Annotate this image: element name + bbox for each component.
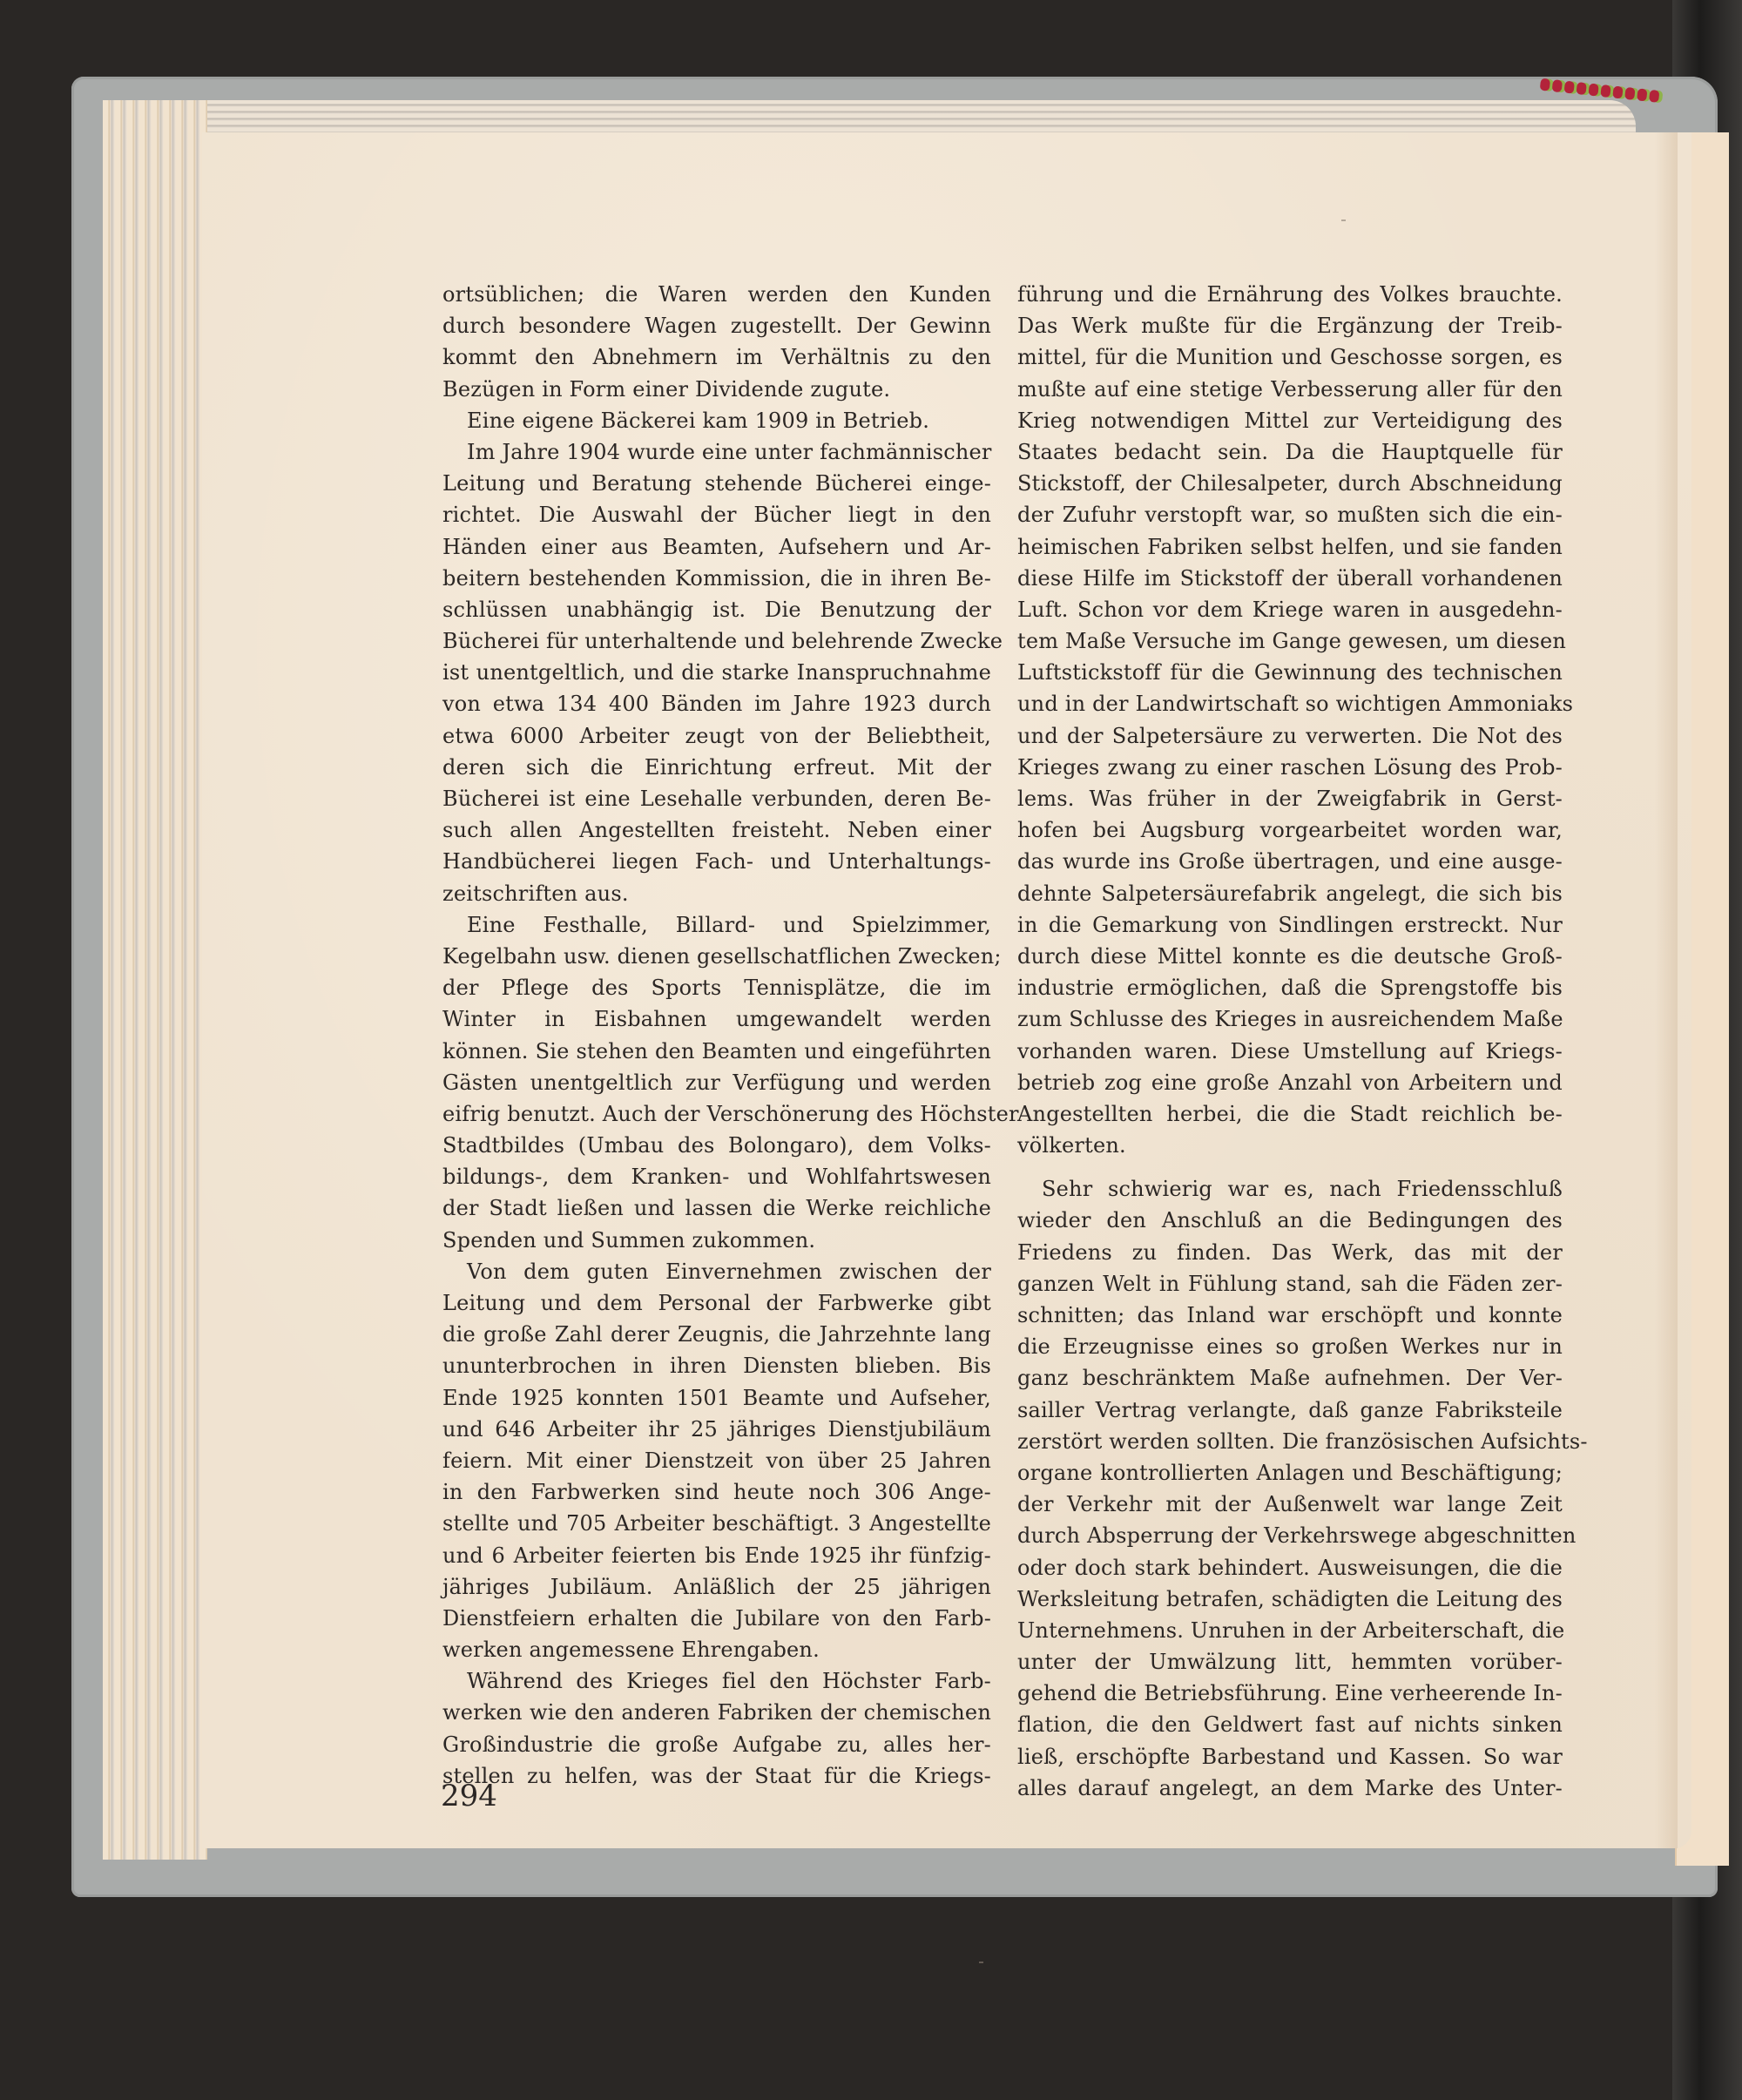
- text-line: organe kontrollierten Anlagen und Beschä…: [1017, 1457, 1563, 1489]
- paper-speck: [1341, 219, 1346, 221]
- text-line: Im Jahre 1904 wurde eine unter fachmänni…: [442, 436, 991, 468]
- text-line: zeitschriften aus.: [442, 878, 991, 909]
- text-line: Von dem guten Einvernehmen zwischen der: [442, 1256, 991, 1287]
- text-line: der Pflege des Sports Tennisplätze, die …: [442, 972, 991, 1003]
- text-line: die Erzeugnisse eines so großen Werkes n…: [1017, 1331, 1563, 1362]
- text-line: hofen bei Augsburg vorgearbeitet worden …: [1017, 814, 1563, 846]
- text-line: stellte und 705 Arbeiter beschäftigt. 3 …: [442, 1508, 991, 1539]
- text-line: deren sich die Einrichtung erfreut. Mit …: [442, 752, 991, 783]
- text-line: Angestellten herbei, die die Stadt reich…: [1017, 1098, 1563, 1130]
- text-line: Handbücherei liegen Fach- und Unterhaltu…: [442, 846, 991, 877]
- text-line: Friedens zu finden. Das Werk, das mit de…: [1017, 1237, 1563, 1268]
- text-line: Bücherei für unterhaltende und belehrend…: [442, 625, 991, 657]
- text-line: ortsüblichen; die Waren werden den Kunde…: [442, 279, 991, 310]
- text-line: und der Salpetersäure zu verwerten. Die …: [1017, 720, 1563, 752]
- text-line: flation, die den Geldwert fast auf nicht…: [1017, 1709, 1563, 1740]
- text-line: Kegelbahn usw. dienen gesellschatflichen…: [442, 941, 991, 972]
- text-line: Großindustrie die große Aufgabe zu, alle…: [442, 1729, 991, 1760]
- text-line: gehend die Betriebsführung. Eine verheer…: [1017, 1678, 1563, 1709]
- text-line: wieder den Anschluß an die Bedingungen d…: [1017, 1205, 1563, 1236]
- text-line: oder doch stark behindert. Ausweisungen,…: [1017, 1552, 1563, 1583]
- text-line: etwa 6000 Arbeiter zeugt von der Beliebt…: [442, 720, 991, 752]
- text-line: und in der Landwirtschaft so wichtigen A…: [1017, 688, 1563, 719]
- paragraph-gap: [1017, 1161, 1563, 1173]
- page-stack-top-edges: [103, 100, 1636, 135]
- text-line: Eine eigene Bäckerei kam 1909 in Betrieb…: [442, 405, 991, 436]
- text-line: völkerten.: [1017, 1130, 1563, 1161]
- text-line: richtet. Die Auswahl der Bücher liegt in…: [442, 499, 991, 530]
- text-line: durch Absperrung der Verkehrswege abgesc…: [1017, 1520, 1563, 1551]
- text-line: führung und die Ernährung des Volkes bra…: [1017, 279, 1563, 310]
- text-line: werken wie den anderen Fabriken der chem…: [442, 1697, 991, 1728]
- text-line: zerstört werden sollten. Die französisch…: [1017, 1426, 1563, 1457]
- text-line: Dienstfeiern erhalten die Jubilare von d…: [442, 1603, 991, 1634]
- text-line: Während des Krieges fiel den Höchster Fa…: [442, 1665, 991, 1697]
- text-line: und 6 Arbeiter feierten bis Ende 1925 ih…: [442, 1540, 991, 1571]
- text-column-right: führung und die Ernährung des Volkes bra…: [1017, 279, 1563, 1804]
- text-line: Krieg notwendigen Mittel zur Verteidigun…: [1017, 405, 1563, 436]
- text-line: mußte auf eine stetige Verbesserung alle…: [1017, 374, 1563, 405]
- text-line: Leitung und dem Personal der Farbwerke g…: [442, 1287, 991, 1319]
- text-line: tem Maße Versuche im Gange gewesen, um d…: [1017, 625, 1563, 657]
- text-line: jähriges Jubiläum. Anläßlich der 25 jähr…: [442, 1571, 991, 1603]
- text-line: alles darauf angelegt, an dem Marke des …: [1017, 1773, 1563, 1804]
- text-line: feiern. Mit einer Dienstzeit von über 25…: [442, 1445, 991, 1476]
- text-line: ganzen Welt in Fühlung stand, sah die Fä…: [1017, 1268, 1563, 1300]
- text-line: sailler Vertrag verlangte, daß ganze Fab…: [1017, 1394, 1563, 1426]
- text-line: in den Farbwerken sind heute noch 306 An…: [442, 1476, 991, 1508]
- text-line: der Zufuhr verstopft war, so mußten sich…: [1017, 499, 1563, 530]
- page-stack-side-edges: [103, 100, 207, 1860]
- text-line: der Verkehr mit der Außenwelt war lange …: [1017, 1489, 1563, 1520]
- text-line: diese Hilfe im Stickstoff der überall vo…: [1017, 563, 1563, 594]
- text-line: betrieb zog eine große Anzahl von Arbeit…: [1017, 1067, 1563, 1098]
- text-line: kommt den Abnehmern im Verhältnis zu den: [442, 341, 991, 373]
- text-line: eifrig benutzt. Auch der Verschönerung d…: [442, 1098, 991, 1130]
- text-column-left: ortsüblichen; die Waren werden den Kunde…: [442, 279, 991, 1792]
- text-line: in die Gemarkung von Sindlingen erstreck…: [1017, 909, 1563, 941]
- paper-speck: [979, 1962, 983, 1963]
- text-line: Luft. Schon vor dem Kriege waren in ausg…: [1017, 594, 1563, 625]
- text-line: Stadtbildes (Umbau des Bolongaro), dem V…: [442, 1130, 991, 1161]
- text-line: bildungs-, dem Kranken- und Wohlfahrtswe…: [442, 1161, 991, 1192]
- text-line: industrie ermöglichen, daß die Sprengsto…: [1017, 972, 1563, 1003]
- text-line: stellen zu helfen, was der Staat für die…: [442, 1760, 991, 1792]
- text-line: Das Werk mußte für die Ergänzung der Tre…: [1017, 310, 1563, 341]
- text-line: lems. Was früher in der Zweigfabrik in G…: [1017, 783, 1563, 814]
- text-line: dehnte Salpetersäurefabrik angelegt, die…: [1017, 878, 1563, 909]
- text-line: beitern bestehenden Kommission, die in i…: [442, 563, 991, 594]
- text-line: unter der Umwälzung litt, hemmten vorübe…: [1017, 1646, 1563, 1678]
- page-number: 294: [441, 1779, 497, 1813]
- text-line: ununterbrochen in ihren Diensten blieben…: [442, 1350, 991, 1381]
- text-line: durch diese Mittel konnte es die deutsch…: [1017, 941, 1563, 972]
- gutter-shadow: [1655, 132, 1678, 1848]
- text-line: Stickstoff, der Chilesalpeter, durch Abs…: [1017, 468, 1563, 499]
- text-line: heimischen Fabriken selbst helfen, und s…: [1017, 531, 1563, 563]
- text-line: Luftstickstoff für die Gewinnung des tec…: [1017, 657, 1563, 688]
- text-line: Winter in Eisbahnen umgewandelt werden: [442, 1003, 991, 1035]
- text-line: ganz beschränktem Maße aufnehmen. Der Ve…: [1017, 1362, 1563, 1394]
- text-line: Bücherei ist eine Lesehalle verbunden, d…: [442, 783, 991, 814]
- text-line: Bezügen in Form einer Dividende zugute.: [442, 374, 991, 405]
- text-line: zum Schlusse des Krieges in ausreichende…: [1017, 1003, 1563, 1035]
- text-line: Sehr schwierig war es, nach Friedensschl…: [1017, 1173, 1563, 1205]
- text-line: der Stadt ließen und lassen die Werke re…: [442, 1192, 991, 1224]
- text-line: können. Sie stehen den Beamten und einge…: [442, 1036, 991, 1067]
- text-line: Gästen unentgeltlich zur Verfügung und w…: [442, 1067, 991, 1098]
- text-line: Spenden und Summen zukommen.: [442, 1225, 991, 1256]
- text-line: und 646 Arbeiter ihr 25 jähriges Dienstj…: [442, 1414, 991, 1445]
- text-line: das wurde ins Große übertragen, und eine…: [1017, 846, 1563, 877]
- text-line: die große Zahl derer Zeugnis, die Jahrze…: [442, 1319, 991, 1350]
- text-line: schlüssen unabhängig ist. Die Benutzung …: [442, 594, 991, 625]
- text-line: Leitung und Beratung stehende Bücherei e…: [442, 468, 991, 499]
- text-line: Staates bedacht sein. Da die Hauptquelle…: [1017, 436, 1563, 468]
- text-line: vorhanden waren. Diese Umstellung auf Kr…: [1017, 1036, 1563, 1067]
- text-line: schnitten; das Inland war erschöpft und …: [1017, 1300, 1563, 1331]
- text-line: durch besondere Wagen zugestellt. Der Ge…: [442, 310, 991, 341]
- text-line: such allen Angestellten freisteht. Neben…: [442, 814, 991, 846]
- text-line: mittel, für die Munition und Geschosse s…: [1017, 341, 1563, 373]
- text-line: ließ, erschöpfte Barbestand und Kassen. …: [1017, 1741, 1563, 1773]
- text-line: von etwa 134 400 Bänden im Jahre 1923 du…: [442, 688, 991, 719]
- text-line: werken angemessene Ehrengaben.: [442, 1634, 991, 1665]
- text-line: Händen einer aus Beamten, Aufsehern und …: [442, 531, 991, 563]
- text-line: Krieges zwang zu einer raschen Lösung de…: [1017, 752, 1563, 783]
- text-line: ist unentgeltlich, und die starke Inansp…: [442, 657, 991, 688]
- text-line: Werksleitung betrafen, schädigten die Le…: [1017, 1583, 1563, 1615]
- text-line: Eine Festhalle, Billard- und Spielzimmer…: [442, 909, 991, 941]
- text-line: Unternehmens. Unruhen in der Arbeitersch…: [1017, 1615, 1563, 1646]
- text-line: Ende 1925 konnten 1501 Beamte und Aufseh…: [442, 1382, 991, 1414]
